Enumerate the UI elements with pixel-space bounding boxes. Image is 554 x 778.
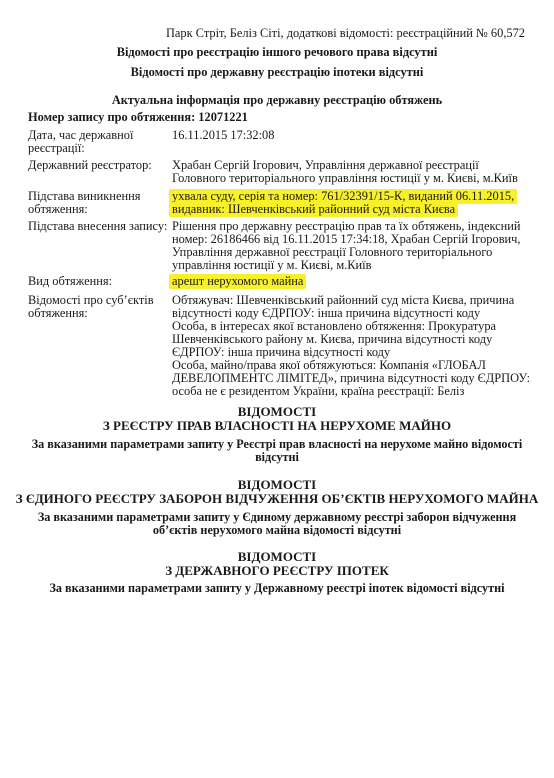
row-label: Відомості про суб’єктів обтяження: (28, 294, 168, 320)
record-number: Номер запису про обтяження: 12071221 (28, 111, 248, 124)
highlighted-text: арешт нерухомого майна (169, 274, 306, 289)
ownership-registry-heading: ВІДОМОСТІ З РЕЄСТРУ ПРАВ ВЛАСНОСТІ НА НЕ… (0, 405, 554, 433)
heading-line: ВІДОМОСТІ (0, 405, 554, 419)
address-line: Парк Стріт, Беліз Сіті, додаткові відомо… (0, 27, 525, 40)
highlighted-text: ухвала суду, серія та номер: 761/32391/1… (169, 189, 517, 217)
ownership-registry-note: За вказаними параметрами запиту у Реєстр… (20, 438, 534, 463)
mortgage-absent-note: Відомості про державну реєстрацію іпотек… (0, 66, 554, 79)
row-label: Державний реєстратор: (28, 159, 168, 172)
other-right-absent-note: Відомості про реєстрацію іншого речового… (0, 46, 554, 59)
row-value: арешт нерухомого майна (172, 275, 532, 288)
heading-line: З ДЕРЖАВНОГО РЕЄСТРУ ІПОТЕК (0, 564, 554, 578)
row-value: Обтяжувач: Шевченківський районний суд м… (172, 294, 532, 398)
heading-line: ВІДОМОСТІ (0, 550, 554, 564)
row-value: 16.11.2015 17:32:08 (172, 129, 532, 142)
row-value: ухвала суду, серія та номер: 761/32391/1… (172, 190, 532, 216)
beneficiary-line: Особа, в інтересах якої встановлено обтя… (172, 320, 532, 359)
encumbrancer-line: Обтяжувач: Шевченківський районний суд м… (172, 294, 532, 320)
heading-line: ВІДОМОСТІ (0, 478, 554, 492)
prohibition-registry-heading: ВІДОМОСТІ З ЄДИНОГО РЕЄСТРУ ЗАБОРОН ВІДЧ… (0, 478, 554, 506)
document-page: Парк Стріт, Беліз Сіті, додаткові відомо… (0, 0, 554, 778)
row-value: Храбан Сергій Ігорович, Управління держа… (172, 159, 532, 185)
row-label: Дата, час державної реєстрації: (28, 129, 168, 155)
mortgage-registry-heading: ВІДОМОСТІ З ДЕРЖАВНОГО РЕЄСТРУ ІПОТЕК (0, 550, 554, 578)
row-label: Підстава внесення запису: (28, 220, 168, 233)
mortgage-registry-note: За вказаними параметрами запиту у Держав… (20, 582, 534, 595)
heading-line: З РЕЄСТРУ ПРАВ ВЛАСНОСТІ НА НЕРУХОМЕ МАЙ… (0, 419, 554, 433)
row-label: Підстава виникнення обтяження: (28, 190, 168, 216)
row-value: Рішення про державну реєстрацію прав та … (172, 220, 532, 272)
heading-line: З ЄДИНОГО РЕЄСТРУ ЗАБОРОН ВІДЧУЖЕННЯ ОБ’… (0, 492, 554, 506)
encumbrance-section-title: Актуальна інформація про державну реєстр… (0, 94, 554, 107)
encumbered-party-line: Особа, майно/права якої обтяжуються: Ком… (172, 359, 532, 398)
prohibition-registry-note: За вказаними параметрами запиту у Єдином… (20, 511, 534, 536)
row-label: Вид обтяження: (28, 275, 168, 288)
